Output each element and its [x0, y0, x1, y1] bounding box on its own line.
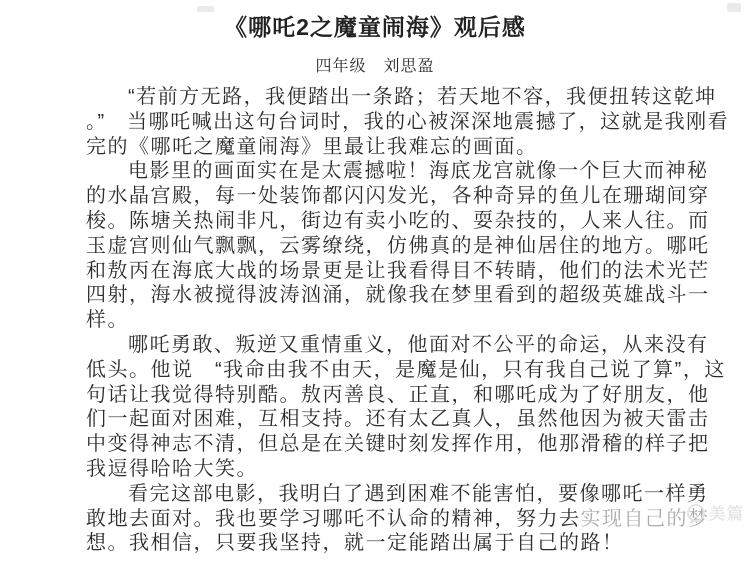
- scan-artifact-top-right: [727, 3, 741, 12]
- watermark: 美篇: [687, 501, 745, 524]
- essay-line: 想。我相信，只要我坚持，就一定能踏出属于自己的路！: [86, 531, 712, 556]
- essay-line: 完的《哪吒之魔童闹海》里最让我难忘的画面。: [86, 135, 712, 160]
- meipian-logo-icon: [687, 504, 705, 522]
- essay-line: 玉虚宫则仙气飘飘，云雾缭绕，仿佛真的是神仙居住的地方。哪吒: [86, 234, 712, 259]
- essay-line: 中变得神志不清，但总是在关键时刻发挥作用，他那滑稽的样子把: [86, 432, 712, 457]
- essay-line: 梭。陈塘关热闹非凡，街边有卖小吃的、耍杂技的，人来人往。而: [86, 209, 712, 234]
- essay-line: 句话让我觉得特别酷。敖丙善良、正直，和哪吒成为了好朋友，他: [86, 383, 712, 408]
- essay-line: 我逗得哈哈大笑。: [86, 457, 712, 482]
- essay-line: 低头。他说 “我命由我不由天，是魔是仙，只有我自己说了算”，这: [86, 358, 712, 383]
- essay-line: 样。: [86, 308, 712, 333]
- paragraph-4: 看完这部电影，我明白了遇到困难不能害怕，要像哪吒一样勇 敢地去面对。我也要学习哪…: [86, 482, 712, 556]
- paragraph-2: 电影里的画面实在是太震撼啦！海底龙宫就像一个巨大而神秘 的水晶宫殿，每一处装饰都…: [86, 159, 712, 333]
- essay-line: 的水晶宫殿，每一处装饰都闪闪发光，各种奇异的鱼儿在珊瑚间穿: [86, 184, 712, 209]
- essay-line: 敢地去面对。我也要学习哪吒不认命的精神，努力去实现自己的梦: [86, 507, 712, 532]
- paragraph-1: “若前方无路，我便踏出一条路；若天地不容，我便扭转这乾坤 。” 当哪吒喊出这句台…: [86, 85, 712, 159]
- scan-artifact-top-left: [197, 6, 214, 12]
- essay-line: 电影里的画面实在是太震撼啦！海底龙宫就像一个巨大而神秘: [86, 159, 712, 184]
- watermark-label: 美篇: [709, 501, 745, 524]
- essay-body: “若前方无路，我便踏出一条路；若天地不容，我便扭转这乾坤 。” 当哪吒喊出这句台…: [86, 85, 712, 556]
- essay-line: 哪吒勇敢、叛逆又重情重义，他面对不公平的命运，从来没有: [86, 333, 712, 358]
- essay-line-text: 敢地去面对。我也要学习哪吒不认命的精神，努力去: [86, 508, 581, 530]
- essay-line: 和敖丙在海底大战的场景更是让我看得目不转睛，他们的法术光芒: [86, 259, 712, 284]
- essay-line: “若前方无路，我便踏出一条路；若天地不容，我便扭转这乾坤: [86, 85, 712, 110]
- essay-line: 。” 当哪吒喊出这句台词时，我的心被深深地震撼了，这就是我刚看: [86, 110, 712, 135]
- essay-line: 看完这部电影，我明白了遇到困难不能害怕，要像哪吒一样勇: [86, 482, 712, 507]
- document-page: 《哪吒2之魔童闹海》观后感 四年级 刘思盈 “若前方无路，我便踏出一条路；若天地…: [0, 0, 750, 562]
- essay-line: 四射，海水被搅得波涛汹涌，就像我在梦里看到的超级英雄战斗一: [86, 283, 712, 308]
- essay-title: 《哪吒2之魔童闹海》观后感: [0, 0, 750, 42]
- essay-byline: 四年级 刘思盈: [0, 53, 750, 76]
- essay-line: 们一起面对困难，互相支持。还有太乙真人，虽然他因为被天雷击: [86, 407, 712, 432]
- paragraph-3: 哪吒勇敢、叛逆又重情重义，他面对不公平的命运，从来没有 低头。他说 “我命由我不…: [86, 333, 712, 482]
